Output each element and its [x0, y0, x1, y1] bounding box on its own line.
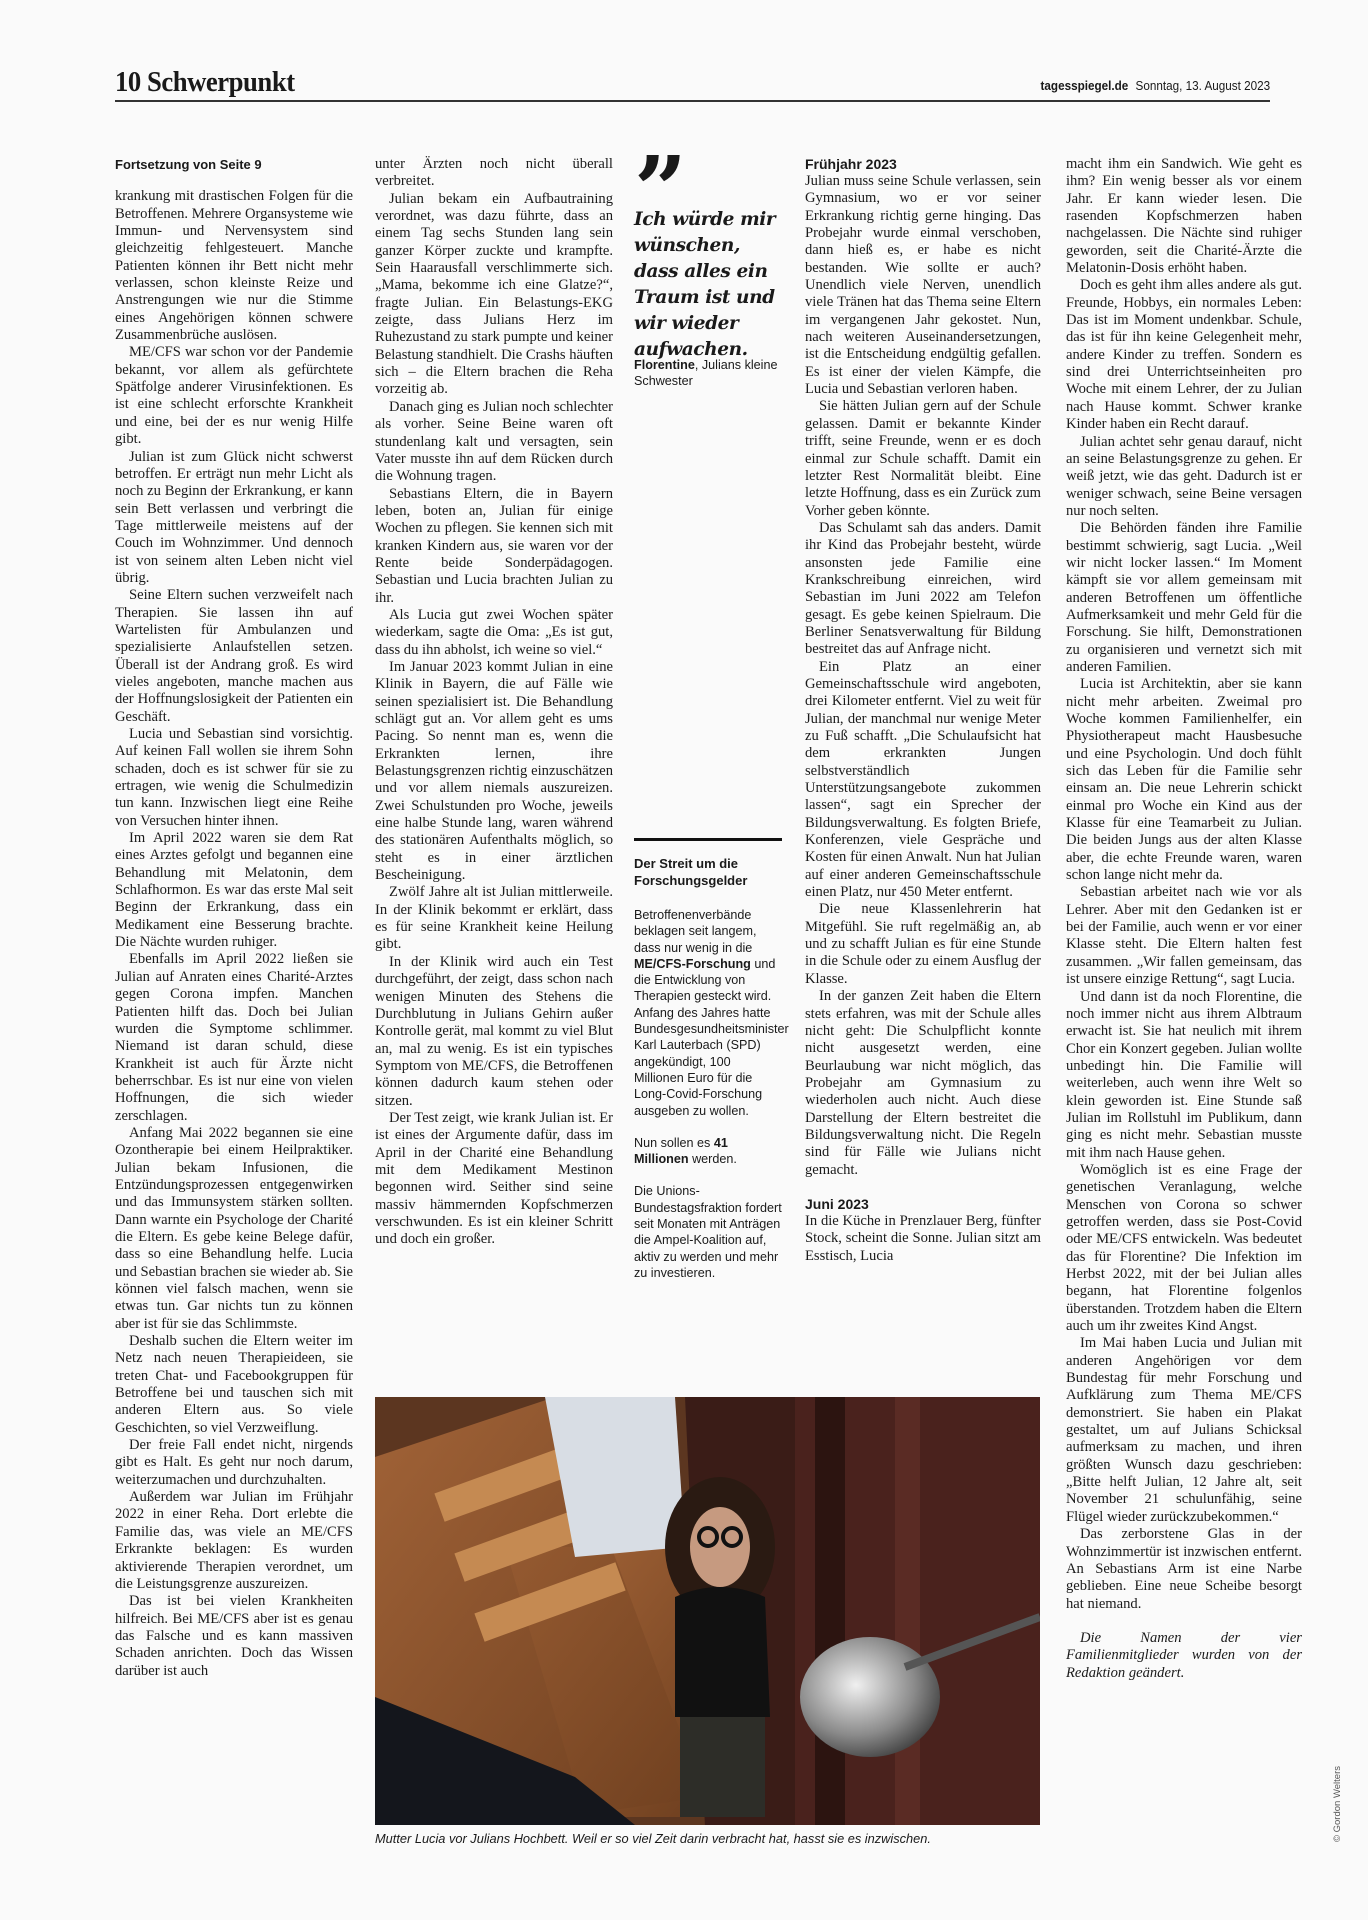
paragraph: Ein Platz an einer Gemeinschaftsschule w…: [805, 659, 1041, 902]
info-box: Der Streit um die Forschungsgelder Betro…: [634, 838, 782, 1297]
paragraph: krankung mit drastischen Folgen für die …: [115, 188, 353, 344]
article-column-4: Frühjahr 2023 Julian muss seine Schule v…: [805, 156, 1041, 1265]
site-link[interactable]: tagesspiegel.de: [1040, 78, 1128, 93]
photo-illustration-icon: [375, 1397, 1040, 1825]
paragraph: Das ist bei vielen Krankheiten hilfreich…: [115, 1593, 353, 1680]
paragraph: In der ganzen Zeit haben die Eltern stet…: [805, 988, 1041, 1179]
pull-quote-source: Florentine, Julians kleine Schwester: [634, 357, 784, 389]
article-column-2: unter Ärzten noch nicht überall verbreit…: [375, 156, 613, 1249]
subheading: Juni 2023: [805, 1196, 1041, 1213]
article-photo: [375, 1397, 1040, 1825]
paragraph: Julian muss seine Schule verlassen, sein…: [805, 173, 1041, 398]
photo-credit: © Gordon Welters: [1332, 1766, 1343, 1842]
paragraph: Danach ging es Julian noch schlechter al…: [375, 399, 613, 486]
issue-date: Sonntag, 13. August 2023: [1135, 78, 1270, 93]
paragraph: In der Klinik wird auch ein Test durchge…: [375, 954, 613, 1110]
page-number: 10: [115, 66, 141, 98]
paragraph: Deshalb suchen die Eltern weiter im Netz…: [115, 1333, 353, 1437]
quote-source-name: Florentine: [634, 358, 695, 372]
paragraph: Sie hätten Julian gern auf der Schule ge…: [805, 398, 1041, 519]
section-name: Schwerpunkt: [147, 66, 295, 98]
paragraph: Die neue Klassenlehrerin hat Mitgefühl. …: [805, 901, 1041, 988]
paragraph: In die Küche in Prenzlauer Berg, fünfter…: [805, 1213, 1041, 1265]
paragraph: Der freie Fall endet nicht, nirgends gib…: [115, 1437, 353, 1489]
paragraph: Und dann ist da noch Florentine, die noc…: [1066, 989, 1302, 1162]
paragraph: Die Behörden fänden ihre Familie bestimm…: [1066, 520, 1302, 676]
paragraph: Lucia ist Architektin, aber sie kann nic…: [1066, 676, 1302, 884]
paragraph: unter Ärzten noch nicht überall verbreit…: [375, 156, 613, 191]
article-column-5: macht ihm ein Sandwich. Wie geht es ihm?…: [1066, 156, 1302, 1682]
info-box-paragraph: Die Unions-Bundestagsfraktion fordert se…: [634, 1183, 782, 1281]
paragraph: Außerdem war Julian im Frühjahr 2022 in …: [115, 1489, 353, 1593]
editorial-note: Die Namen der vier Familienmitglieder wu…: [1066, 1630, 1302, 1682]
paragraph: Das Schulamt sah das anders. Damit ihr K…: [805, 520, 1041, 659]
paragraph: Julian ist zum Glück nicht schwerst betr…: [115, 449, 353, 588]
paragraph: Im April 2022 waren sie dem Rat eines Ar…: [115, 830, 353, 951]
paragraph: Julian bekam ein Aufbautraining verordne…: [375, 191, 613, 399]
page-header: 10 Schwerpunkt tagesspiegel.deSonntag, 1…: [115, 66, 1270, 102]
paragraph: Sebastian arbeitet nach wie vor als Lehr…: [1066, 884, 1302, 988]
pull-quote-text: Ich würde mir wünschen, dass alles ein T…: [634, 207, 782, 363]
paragraph: Sebastians Eltern, die in Bayern leben, …: [375, 486, 613, 607]
continuation-kicker: Fortsetzung von Seite 9: [115, 156, 353, 173]
article-column-1: Fortsetzung von Seite 9 krankung mit dra…: [115, 156, 353, 1680]
paragraph: Der Test zeigt, wie krank Julian ist. Er…: [375, 1110, 613, 1249]
page-title: 10 Schwerpunkt: [115, 66, 295, 99]
paragraph: Doch es geht ihm alles andere als gut. F…: [1066, 277, 1302, 433]
paragraph: Im Januar 2023 kommt Julian in eine Klin…: [375, 659, 613, 884]
info-box-paragraph: Betroffenenverbände beklagen seit langem…: [634, 907, 782, 1119]
info-box-paragraph: Nun sollen es 41 Millionen werden.: [634, 1135, 782, 1168]
paragraph: Womöglich ist es eine Frage der genetisc…: [1066, 1162, 1302, 1335]
emphasis: ME/CFS-Forschung: [634, 957, 751, 971]
paragraph: Das zerborstene Glas in der Wohnzimmertü…: [1066, 1526, 1302, 1613]
paragraph: macht ihm ein Sandwich. Wie geht es ihm?…: [1066, 156, 1302, 277]
paragraph: Als Lucia gut zwei Wochen später wiederk…: [375, 607, 613, 659]
paragraph: Lucia und Sebastian sind vorsichtig. Auf…: [115, 726, 353, 830]
masthead-info: tagesspiegel.deSonntag, 13. August 2023: [1040, 78, 1270, 93]
info-box-title: Der Streit um die Forschungsgelder: [634, 855, 782, 889]
paragraph: Ebenfalls im April 2022 ließen sie Julia…: [115, 951, 353, 1124]
paragraph: ME/CFS war schon vor der Pandemie bekann…: [115, 344, 353, 448]
paragraph: Seine Eltern suchen verzweifelt nach The…: [115, 587, 353, 726]
subheading: Frühjahr 2023: [805, 156, 1041, 173]
paragraph: Zwölf Jahre alt ist Julian mittlerweile.…: [375, 884, 613, 953]
paragraph: Im Mai haben Lucia und Julian mit andere…: [1066, 1335, 1302, 1526]
photo-caption: Mutter Lucia vor Julians Hochbett. Weil …: [375, 1831, 1055, 1846]
paragraph: Julian achtet sehr genau darauf, nicht a…: [1066, 434, 1302, 521]
paragraph: Anfang Mai 2022 begannen sie eine Ozonth…: [115, 1125, 353, 1333]
